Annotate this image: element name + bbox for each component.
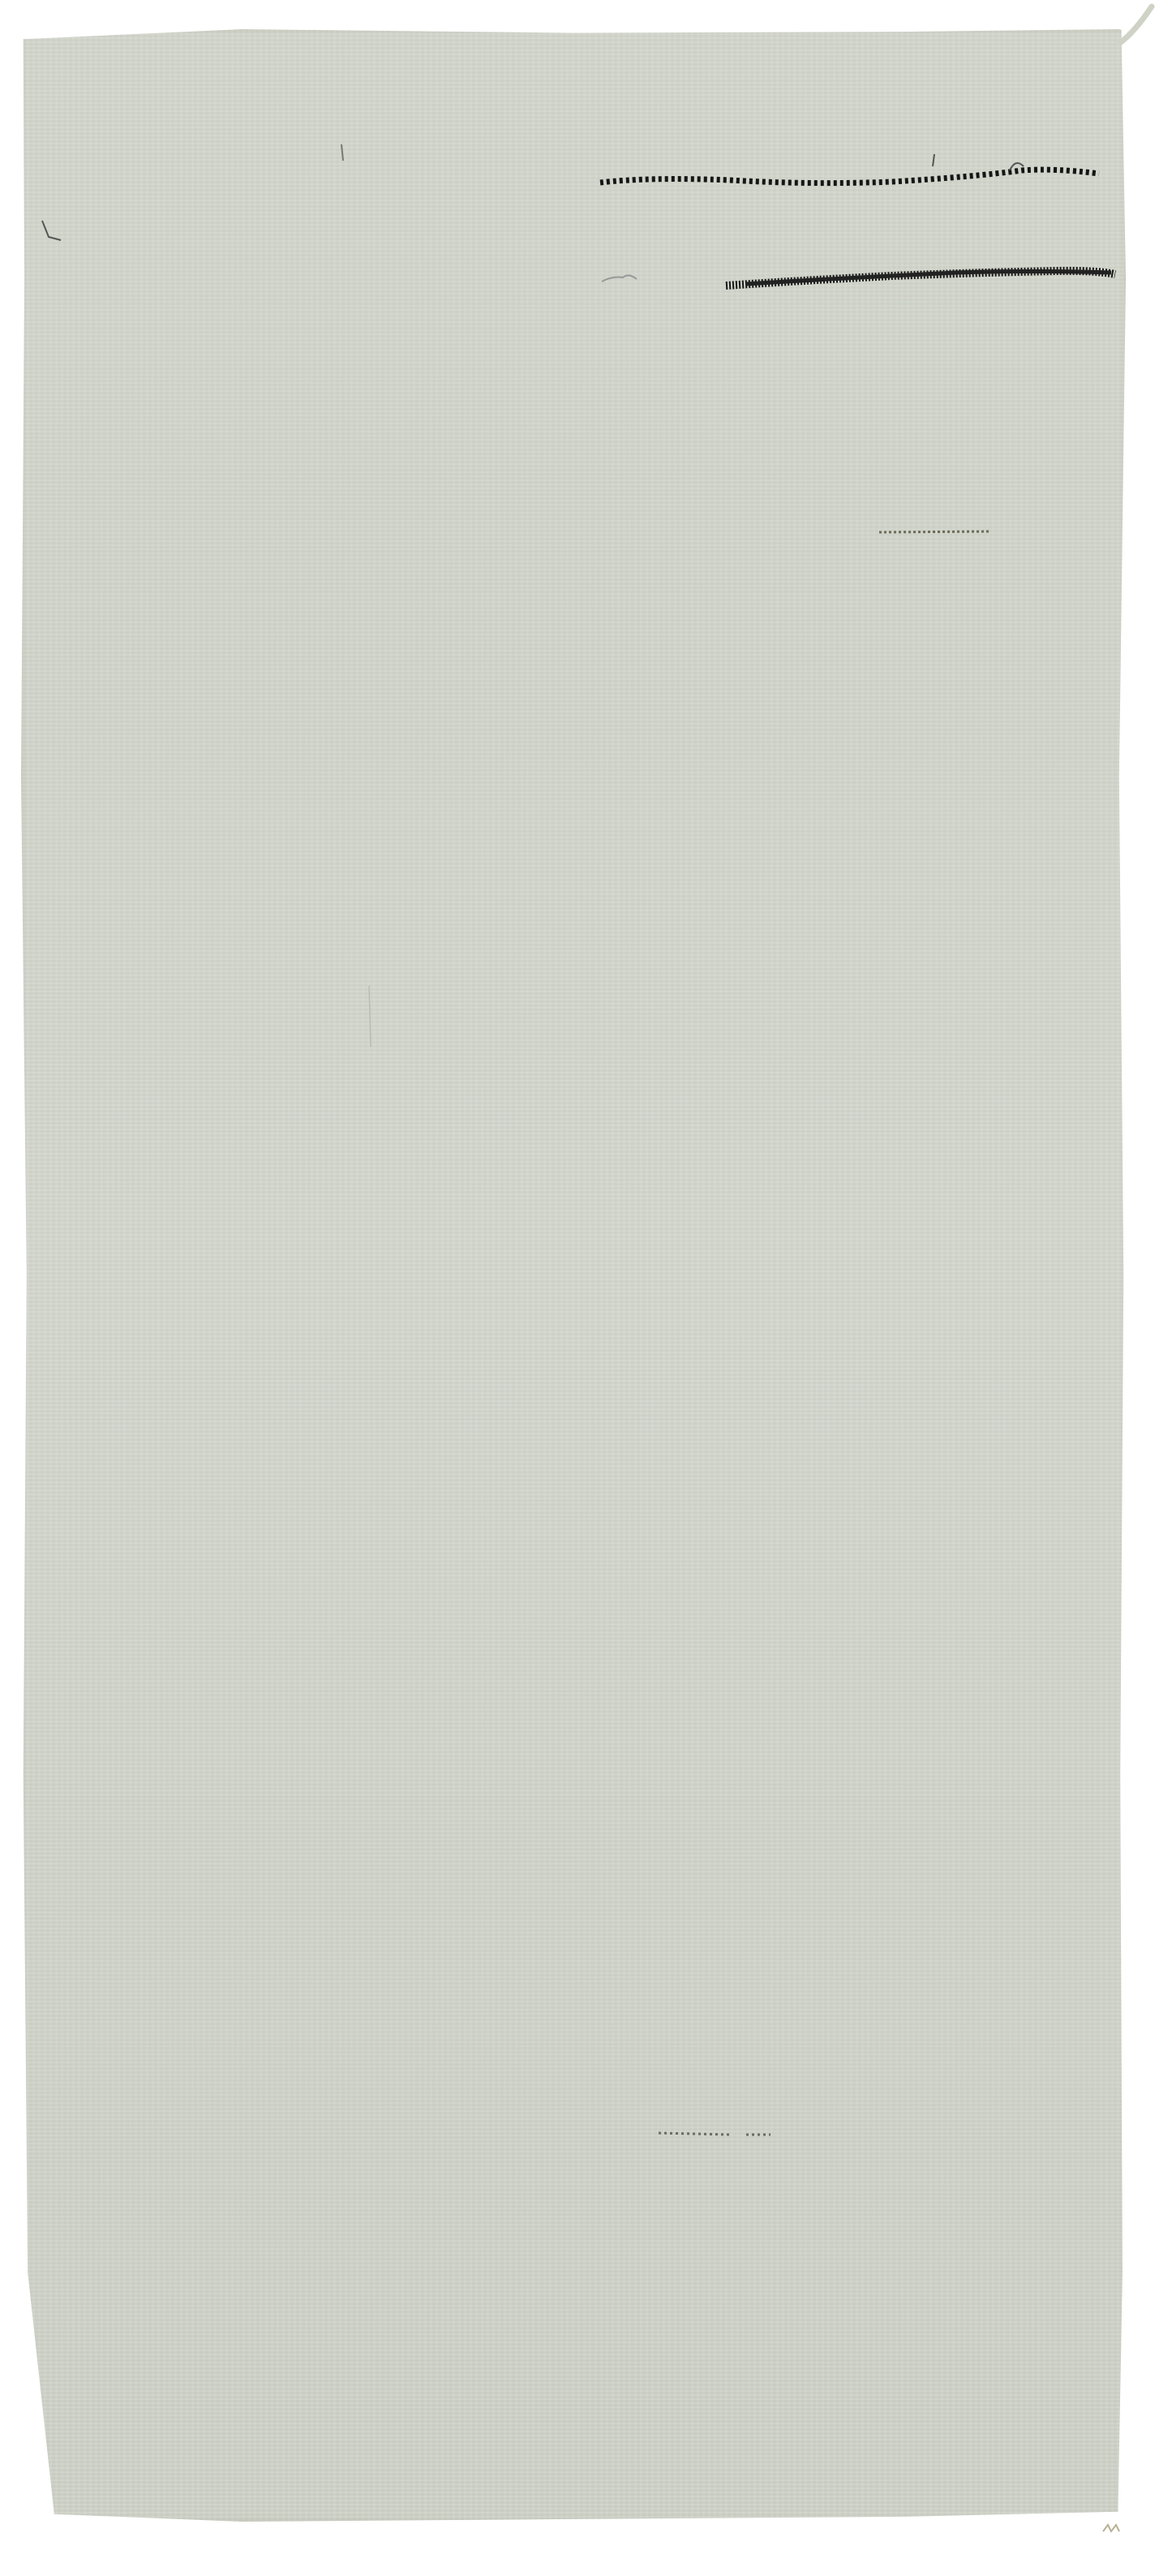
kilim-rug [21,29,1126,2522]
product-photo [0,0,1172,2576]
corner-fringe [1103,2525,1119,2531]
thread-tail [1121,6,1152,42]
